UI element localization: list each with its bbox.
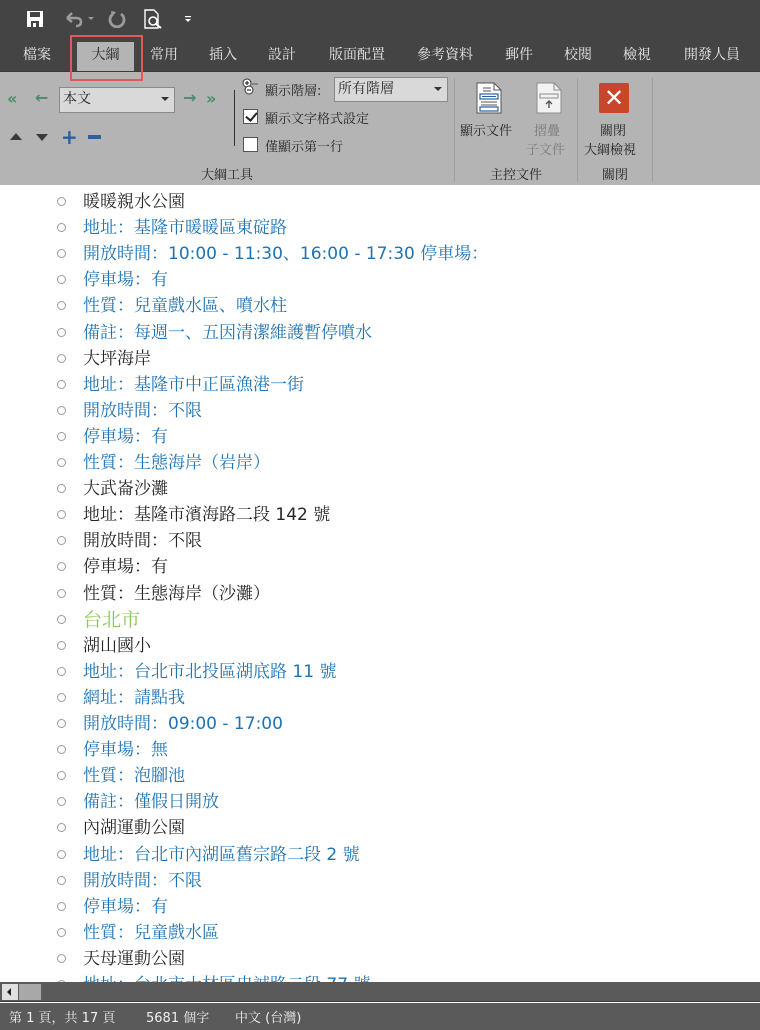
show-document-button[interactable]: 顯示文件	[458, 78, 522, 138]
tab-file[interactable]: 檔案	[10, 42, 64, 71]
outline-bullet-icon[interactable]	[57, 484, 66, 493]
show-level-value: 所有階層	[338, 81, 394, 97]
outline-item-text: 地址：基隆市中正區漁港一街	[83, 372, 304, 398]
outline-item-text: 開放時間：不限	[83, 868, 202, 894]
outline-bullet-icon[interactable]	[57, 458, 66, 467]
scroll-left-button[interactable]	[2, 984, 18, 1000]
outline-item-text: 湖山國小	[83, 633, 151, 659]
print-preview-button[interactable]	[142, 8, 164, 30]
outline-item-text: 開放時間：10:00 - 11:30、16:00 - 17:30 停車場：	[83, 241, 488, 267]
collapse-subdocuments-button: 摺疊 子文件	[528, 78, 572, 158]
outline-item-text: 備註：僅假日開放	[83, 789, 219, 815]
outline-bullet-icon[interactable]	[57, 902, 66, 911]
print-preview-icon	[143, 9, 163, 29]
outline-item-text: 大武崙沙灘	[83, 476, 168, 502]
move-down-button[interactable]	[36, 134, 48, 141]
ribbon-tabs: 檔案 大綱 常用 插入 設計 版面配置 參考資料 郵件 校閱 檢視 開發人員	[0, 38, 760, 71]
show-level-select[interactable]: 所有階層	[334, 77, 448, 102]
show-document-icon	[476, 82, 502, 114]
tab-home[interactable]: 常用	[140, 42, 188, 71]
tab-view[interactable]: 檢視	[613, 42, 661, 71]
outline-item-text: 性質：生態海岸（沙灘）	[83, 581, 270, 607]
outline-bullet-icon[interactable]	[57, 850, 66, 859]
show-level-label: 顯示階層:	[265, 80, 321, 99]
outline-bullet-icon[interactable]	[57, 615, 66, 624]
outline-bullet-icon[interactable]	[57, 641, 66, 650]
master-document-group-label: 主控文件	[455, 164, 577, 183]
close-icon: ✕	[599, 83, 629, 113]
outline-bullet-icon[interactable]	[57, 223, 66, 232]
outline-level-select[interactable]: 本文	[59, 87, 175, 113]
language-indicator[interactable]: 中文 (台灣)	[235, 1007, 301, 1026]
double-right-arrow-icon: »	[206, 89, 216, 108]
outline-bullet-icon[interactable]	[57, 197, 66, 206]
expand-button[interactable]: +	[61, 129, 78, 145]
divider	[234, 90, 235, 146]
outline-item-text: 停車場：有	[83, 554, 168, 580]
tab-review[interactable]: 校閱	[554, 42, 602, 71]
save-icon	[26, 10, 44, 28]
undo-dropdown-button[interactable]	[86, 8, 96, 30]
page-count[interactable]: 第 1 頁，共 17 頁	[9, 1007, 115, 1026]
close-outline-label-1: 關閉	[600, 120, 626, 139]
outline-item-text: 備註：每週一、五因清潔維護暫停噴水	[83, 320, 372, 346]
outline-bullet-icon[interactable]	[57, 432, 66, 441]
outline-bullet-icon[interactable]	[57, 771, 66, 780]
outline-item-text: 停車場：有	[83, 424, 168, 450]
undo-button[interactable]	[62, 8, 86, 30]
outline-item-text: 地址：台北市內湖區舊宗路二段 2 號	[83, 842, 360, 868]
horizontal-scrollbar[interactable]	[0, 982, 760, 1002]
outline-item-text: 停車場：有	[83, 894, 168, 920]
move-up-button[interactable]	[10, 133, 22, 140]
outline-item-text: 性質：兒童戲水區、噴水柱	[83, 293, 287, 319]
chevron-down-icon	[434, 87, 442, 91]
plus-icon: +	[61, 125, 78, 149]
show-first-line-only-label: 僅顯示第一行	[265, 136, 343, 155]
customize-qat-icon	[183, 14, 193, 24]
collapse-button[interactable]	[88, 135, 101, 139]
outline-item-text: 開放時間：不限	[83, 528, 202, 554]
outline-bullet-icon[interactable]	[57, 719, 66, 728]
outline-bullet-icon[interactable]	[57, 667, 66, 676]
outline-item-text: 天母運動公園	[83, 946, 185, 972]
show-text-formatting-label: 顯示文字格式設定	[265, 108, 369, 127]
word-count[interactable]: 5681 個字	[146, 1007, 209, 1026]
outline-bullet-icon[interactable]	[57, 745, 66, 754]
outline-bullet-icon[interactable]	[57, 328, 66, 337]
outline-item-text: 網址：請點我	[83, 685, 185, 711]
tab-insert[interactable]: 插入	[199, 42, 247, 71]
outline-item-text: 地址：台北市北投區湖底路 11 號	[83, 659, 336, 685]
outline-bullet-icon[interactable]	[57, 693, 66, 702]
outline-item-text: 地址：基隆市濱海路二段 142 號	[83, 502, 330, 528]
tab-outline[interactable]: 大綱	[77, 42, 134, 71]
outline-bullet-icon[interactable]	[57, 380, 66, 389]
redo-button[interactable]	[106, 8, 128, 30]
outline-item-text: 內湖運動公園	[83, 815, 185, 841]
outline-bullet-icon[interactable]	[57, 562, 66, 571]
outline-item-text: 開放時間：不限	[83, 398, 202, 424]
outline-bullet-icon[interactable]	[57, 928, 66, 937]
outline-item-text: 停車場：無	[83, 737, 168, 763]
undo-icon	[64, 10, 84, 28]
show-text-formatting-checkbox[interactable]	[243, 109, 258, 124]
collapse-subdocuments-label-2: 子文件	[526, 139, 565, 158]
outline-bullet-icon[interactable]	[57, 589, 66, 598]
tab-mailings[interactable]: 郵件	[495, 42, 543, 71]
outline-bullet-icon[interactable]	[57, 954, 66, 963]
chevron-down-icon	[161, 97, 169, 101]
outline-item-text: 台北市	[83, 607, 140, 633]
close-outline-view-button[interactable]: ✕ 關閉 大綱檢視	[581, 78, 647, 158]
document-outline[interactable]: 暖暖親水公園地址：基隆市暖暖區東碇路開放時間：10:00 - 11:30、16:…	[0, 185, 760, 982]
outline-item-text: 暖暖親水公園	[83, 189, 185, 215]
outline-bullet-icon[interactable]	[57, 536, 66, 545]
promote-to-heading1-button[interactable]: «	[7, 89, 17, 108]
tab-references[interactable]: 參考資料	[405, 42, 485, 71]
outline-bullet-icon[interactable]	[57, 823, 66, 832]
customize-qat-button[interactable]	[180, 8, 196, 30]
promote-button[interactable]: ←	[35, 88, 48, 107]
double-left-arrow-icon: «	[7, 89, 17, 108]
show-first-line-only-checkbox[interactable]	[243, 137, 258, 152]
outline-tools-group-label: 大綱工具	[0, 164, 454, 183]
outline-item-text: 性質：兒童戲水區	[83, 920, 219, 946]
tab-developer[interactable]: 開發人員	[672, 42, 752, 71]
demote-button[interactable]: →	[183, 88, 196, 107]
demote-to-body-button[interactable]: »	[206, 89, 216, 108]
save-button[interactable]	[24, 8, 46, 30]
scrollbar-thumb[interactable]	[19, 984, 41, 1000]
outline-bullet-icon[interactable]	[57, 797, 66, 806]
outline-bullet-icon[interactable]	[57, 275, 66, 284]
outline-bullet-icon[interactable]	[57, 406, 66, 415]
outline-item-text: 地址：台北市士林區忠誠路二段 77 號	[83, 972, 370, 982]
outline-bullet-icon[interactable]	[57, 510, 66, 519]
tab-layout[interactable]: 版面配置	[317, 42, 397, 71]
collapse-subdocuments-label-1: 摺疊	[534, 120, 560, 139]
outline-bullet-icon[interactable]	[57, 249, 66, 258]
right-arrow-icon: →	[183, 88, 196, 107]
outline-bullet-icon[interactable]	[57, 354, 66, 363]
outline-item-text: 性質：泡腳池	[83, 763, 185, 789]
outline-item-text: 停車場：有	[83, 267, 168, 293]
collapse-subdocuments-icon	[536, 82, 562, 114]
outline-bullet-icon[interactable]	[57, 876, 66, 885]
left-arrow-icon: ←	[35, 88, 48, 107]
outline-bullet-icon[interactable]	[57, 301, 66, 310]
redo-icon	[108, 10, 126, 28]
group-separator	[652, 78, 653, 182]
outline-item-text: 性質：生態海岸（岩岸）	[83, 450, 270, 476]
undo-dropdown-icon	[87, 16, 95, 22]
close-group-label: 關閉	[578, 164, 652, 183]
outline-item-text: 大坪海岸	[83, 346, 151, 372]
outline-item-text: 地址：基隆市暖暖區東碇路	[83, 215, 287, 241]
quick-access-toolbar	[0, 0, 760, 38]
outline-item-text: 開放時間：09:00 - 17:00	[83, 711, 283, 737]
show-level-icon	[242, 78, 260, 96]
tab-design[interactable]: 設計	[258, 42, 306, 71]
status-bar: 第 1 頁，共 17 頁 5681 個字 中文 (台灣)	[0, 1003, 760, 1030]
outline-level-value: 本文	[63, 91, 91, 107]
close-outline-label-2: 大綱檢視	[584, 139, 636, 158]
show-document-label: 顯示文件	[460, 120, 512, 139]
ribbon-outline: « ← 本文 → » + 顯示階層: 所有階層 顯示文字格式設定 僅顯示第一行 …	[0, 71, 760, 185]
